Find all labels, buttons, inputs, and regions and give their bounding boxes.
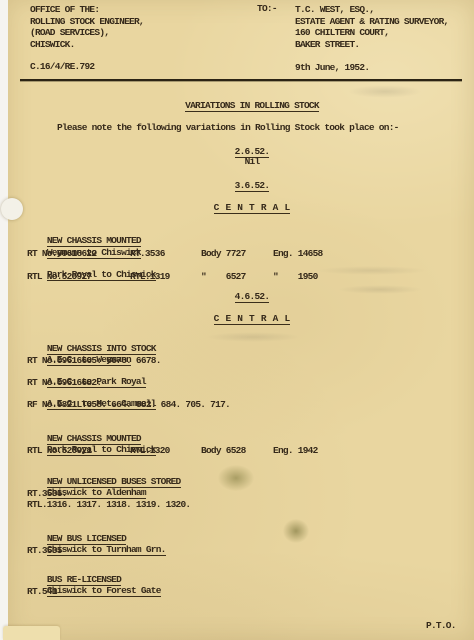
recipient-line: T.C. WEST, ESQ., — [295, 4, 448, 16]
nil-note: Nil — [245, 156, 260, 167]
fleet-numbers-line: RT.541 — [27, 587, 57, 597]
ink-stain — [218, 465, 254, 491]
stock-row: RTL No.520927 RTL.1319 " 6527 " 1950 — [27, 272, 447, 282]
sender-line: (ROAD SERVICES), — [30, 27, 144, 39]
document-title-row: VARIATIONS IN ROLLING STOCK — [32, 100, 472, 112]
central-district-heading: C E N T R A L — [214, 314, 291, 325]
scanned-letter-page: OFFICE OF THE: ROLLING STOCK ENGINEER, (… — [0, 0, 474, 640]
central-district-heading: C E N T R A L — [214, 203, 291, 214]
central-heading-row: C E N T R A L — [32, 202, 472, 214]
to-label: TO:- — [257, 4, 277, 14]
body-number: Body 7727 — [201, 249, 246, 259]
smudge-mark — [348, 85, 422, 98]
route-text: Chiswick to Turnham Grn. — [47, 545, 166, 556]
fleet-number: RTL.1319 — [130, 272, 170, 282]
sender-line: CHISWICK. — [30, 39, 144, 51]
date-heading-row: 3.6.52. — [32, 180, 472, 192]
horizontal-rule — [20, 79, 462, 81]
hole-punch — [1, 198, 23, 220]
central-heading-row: C E N T R A L — [32, 313, 472, 325]
recipient-address-block: T.C. WEST, ESQ., ESTATE AGENT & RATING S… — [295, 4, 448, 50]
body-number: " 6527 — [201, 272, 246, 282]
date-heading-row: 4.6.52. — [32, 291, 472, 303]
fleet-numbers-line: RF No.9821LT658. 664. 682. 684. 705. 717… — [27, 400, 230, 410]
date-heading-3-6-52: 3.6.52. — [235, 181, 270, 192]
stock-row: RTL No.520921 RTL.1320 Body 6528 Eng. 19… — [27, 446, 447, 456]
chassis-number: RTL No.520921 — [27, 446, 91, 456]
fleet-numbers-line: RTL.1316. 1317. 1318. 1319. 1320. — [27, 500, 190, 510]
engine-number: Eng. 14658 — [273, 249, 323, 259]
ink-stain — [283, 519, 309, 543]
document-title: VARIATIONS IN ROLLING STOCK — [185, 101, 319, 112]
fleet-number: RT.3536 — [130, 249, 165, 259]
chassis-number: RTL No.520927 — [27, 272, 91, 282]
recipient-line: BAKER STREET. — [295, 39, 448, 51]
fleet-numbers-line: RT.3535 — [27, 546, 62, 556]
engine-number: Eng. 1942 — [273, 446, 318, 456]
underlying-page-corner — [3, 626, 60, 640]
fleet-numbers-line: RT No.09616665. 6676. 6678. — [27, 356, 161, 366]
body-number: Body 6528 — [201, 446, 246, 456]
fleet-numbers-line: RT No.09616682. — [27, 378, 101, 388]
sender-address-block: OFFICE OF THE: ROLLING STOCK ENGINEER, (… — [30, 4, 144, 50]
sender-line: ROLLING STOCK ENGINEER, — [30, 16, 144, 28]
intro-sentence: Please note the following variations in … — [57, 123, 399, 133]
recipient-line: ESTATE AGENT & RATING SURVEYOR, — [295, 16, 448, 28]
date-heading-4-6-52: 4.6.52. — [235, 292, 270, 303]
letter-date: 9th June, 1952. — [295, 63, 369, 73]
engine-number: " 1950 — [273, 272, 318, 282]
reference-number: C.16/4/RE.792 — [30, 62, 94, 72]
stock-row: RT No.09616622 RT.3536 Body 7727 Eng. 14… — [27, 249, 447, 259]
pto-footer: P.T.O. — [426, 621, 456, 631]
nil-row: Nil — [32, 156, 472, 167]
chassis-number: RT No.09616622 — [27, 249, 96, 259]
route-text: Chiswick to Forest Gate — [47, 586, 161, 597]
smudge-mark — [205, 332, 301, 342]
recipient-line: 160 CHILTERN COURT, — [295, 27, 448, 39]
sender-line: OFFICE OF THE: — [30, 4, 144, 16]
fleet-numbers-line: RT.3536. — [27, 489, 67, 499]
fleet-number: RTL.1320 — [130, 446, 170, 456]
